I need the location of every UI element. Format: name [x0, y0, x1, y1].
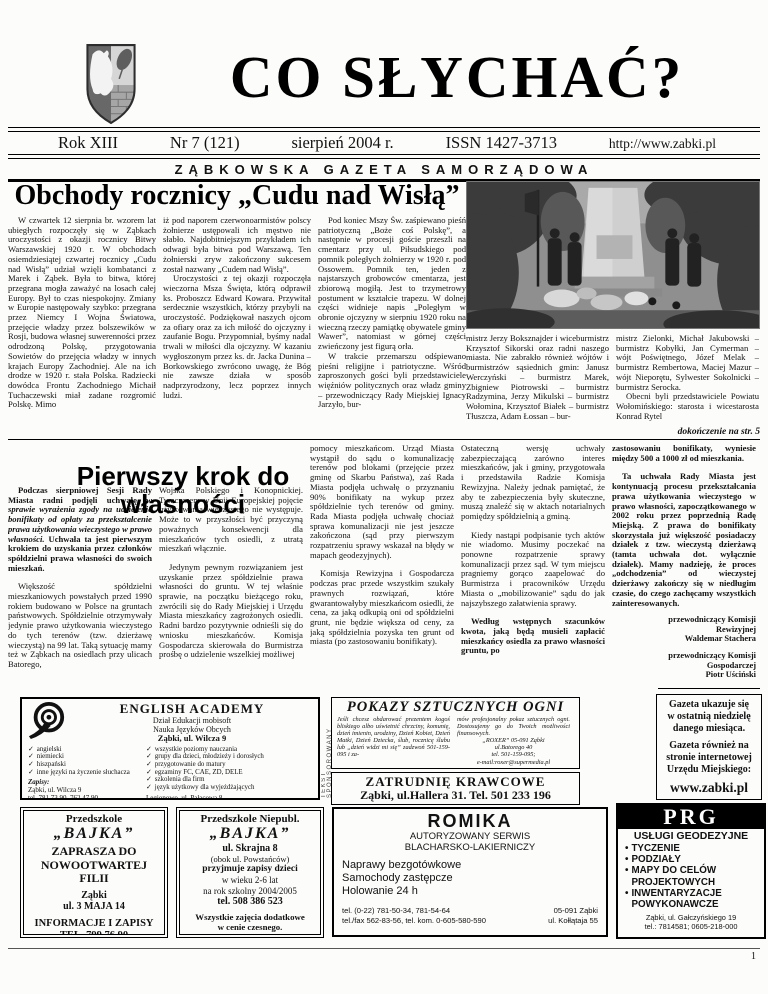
prg-name-banner: PRG — [618, 805, 764, 829]
check-icon: ✓ — [28, 753, 34, 761]
list-item: ✓hiszpański — [28, 761, 140, 769]
issn-label: ISSN 1427-3713 — [446, 133, 557, 153]
list-item: ✓język użytkowy dla wyjeżdżających — [146, 784, 312, 792]
prg-services-title: USŁUGI GEODEZYJNE — [618, 830, 764, 843]
fireworks-text: mów profesjonalny pokaz sztucznych ogni.… — [457, 716, 570, 737]
ceremony-monument-photo — [466, 181, 760, 329]
article-paragraph: Uroczystości z tej okazji rozpoczęła wie… — [163, 274, 311, 400]
list-item: ✓niemiecki — [28, 753, 140, 761]
article-paragraph: W trakcie przemarszu odśpiewano pieśni r… — [318, 352, 466, 410]
list-item-label: angielski — [37, 746, 62, 754]
romika-subtitle: AUTORYZOWANY SERWIS BLACHARSKO-LAKIERNIC… — [342, 831, 598, 853]
check-icon: ✓ — [146, 753, 152, 761]
article1-column-2: iż pod naporem czerwonoarmistów polscy ż… — [163, 216, 311, 438]
english-academy-lists: ✓angielski ✓niemiecki ✓hiszpański ✓inne … — [28, 746, 312, 801]
list-item-label: egzaminy FC, CAE, ZD, DELE — [155, 769, 243, 777]
article1-columns: W czwartek 12 sierpnia br. wzorem lat ub… — [8, 216, 466, 438]
prg-services-list: •TYCZENIE •PODZIAŁY •MAPY DO CELÓW PROJE… — [618, 843, 764, 910]
list-item-label: INWENTARYZACJE POWYKONAWCZE — [631, 888, 721, 910]
seamstress-job-title: ZATRUDNIĘ KRAWCOWE — [332, 775, 579, 789]
article-paragraph: Obecni byli przedstawiciele Powiatu Woło… — [616, 392, 759, 421]
article-paragraph: iż pod naporem czerwonoarmistów polscy ż… — [163, 216, 311, 274]
ad-prg-geodesy: PRG USŁUGI GEODEZYJNE •TYCZENIE •PODZIAŁ… — [616, 803, 766, 939]
romika-services: Naprawy bezgotówkowe Samochody zastępcze… — [342, 859, 598, 898]
bullet-icon: • — [625, 854, 628, 865]
bullet-icon: • — [625, 888, 628, 910]
list-item-label: PODZIAŁY — [631, 854, 681, 865]
ad-english-academy: ENGLISH ACADEMY Dział Edukacji mobisoft … — [20, 697, 320, 800]
bajka1-name: „BAJKA” — [24, 825, 164, 843]
english-academy-offer-list: ✓wszystkie poziomy nauczania ✓grupy dla … — [146, 746, 312, 801]
list-item: ✓wszystkie poziomy nauczania — [146, 746, 312, 754]
romika-postcode: 05-091 Ząbki — [554, 906, 598, 916]
list-item-label: język użytkowy dla wyjeżdżających — [155, 784, 255, 792]
english-academy-address: Ząbki, ul. Wilcza 9 — [72, 734, 312, 744]
list-item: ✓egzaminy FC, CAE, ZD, DELE — [146, 769, 312, 777]
list-item: ✓przygotowanie do matury — [146, 761, 312, 769]
bajka1-contact: INFORMACJE I ZAPISY TEL. 799 76 90 — [24, 918, 164, 939]
article-anniversary: Obchody rocznicy „Cudu nad Wisłą” W czwa… — [8, 181, 760, 438]
bajka2-address: ul. Skrajna 8 — [180, 843, 320, 854]
website-url: http://www.zabki.pl — [609, 136, 716, 152]
article-paragraph: Jedynym pewnym rozwiązaniem jest uzyskan… — [159, 563, 303, 660]
section-divider-rule — [8, 439, 760, 440]
prg-phone: tel.: 7814581; 0605-218-000 — [618, 922, 764, 931]
list-item-label: inne języki na życzenie słuchacza — [37, 769, 130, 777]
list-item-label: MAPY DO CELÓW PROJEKTOWYCH — [631, 865, 716, 887]
bullet-icon: • — [625, 843, 628, 854]
list-item: •PODZIAŁY — [625, 854, 764, 865]
list-item: •MAPY DO CELÓW PROJEKTOWYCH — [625, 865, 764, 887]
list-item-label: niemiecki — [37, 753, 64, 761]
gazeta-info-box: Gazeta ukazuje się w ostatnią niedzielę … — [656, 694, 762, 800]
bajka2-title: Przedszkole Niepubl. — [180, 813, 320, 825]
ad-fireworks: POKAZY SZTUCZNYCH OGNI Jeśli chcesz obda… — [331, 697, 580, 769]
bajka2-footer: Wszystkie zajęcia dodatkowe w cenie czes… — [180, 912, 320, 932]
article1-column-4: mistrz Jerzy Boksznajder i wiceburmistrz… — [466, 334, 609, 424]
article1-right-block: mistrz Jerzy Boksznajder i wiceburmistrz… — [466, 181, 760, 438]
article-ownership: Pierwszy krok do własności Podczas sierp… — [8, 444, 760, 697]
check-icon: ✓ — [28, 761, 34, 769]
issue-info-row: Rok XIII Nr 7 (121) sierpień 2004 r. ISS… — [8, 132, 760, 154]
article2-column-4: Ostateczną wersję uchwały zabezpieczając… — [461, 444, 605, 697]
check-icon: ✓ — [28, 746, 34, 754]
list-item: ✓szkolenia dla firm — [146, 776, 312, 784]
article1-column-1: W czwartek 12 sierpnia br. wzorem lat ub… — [8, 216, 156, 438]
bajka1-title: Przedszkole — [24, 813, 164, 825]
issue-date-label: sierpień 2004 r. — [291, 133, 393, 153]
check-icon: ✓ — [146, 761, 152, 769]
article1-column-5: mistrz Zielonki, Michał Jakubowski – bur… — [616, 334, 759, 424]
list-item: •INWENTARYZACJE POWYKONAWCZE — [625, 888, 764, 910]
english-academy-dept: Dział Edukacji mobisoft — [72, 716, 312, 725]
english-academy-title-block: ENGLISH ACADEMY Dział Edukacji mobisoft … — [72, 702, 312, 744]
fireworks-title: POKAZY SZTUCZNYCH OGNI — [337, 699, 574, 715]
check-icon: ✓ — [28, 769, 34, 777]
article-paragraph: Większość spółdzielni mieszkaniowych pow… — [8, 582, 152, 669]
english-academy-logo-icon — [28, 702, 66, 740]
article-paragraph: Kiedy nastąpi podpisanie tych aktów nie … — [461, 531, 605, 609]
article1-columns-below-photo: mistrz Jerzy Boksznajder i wiceburmistrz… — [466, 334, 760, 424]
list-item: ✓angielski — [28, 746, 140, 754]
english-academy-enrollment: Zapisy: Ząbki, ul. Wilcza 9 tel. 781 73 … — [28, 779, 140, 800]
article1-left-block: Obchody rocznicy „Cudu nad Wisłą” W czwa… — [8, 181, 466, 438]
seamstress-job-contact: Ząbki, ul.Hallera 31. Tel. 501 233 196 — [332, 789, 579, 802]
bajka1-invitation: ZAPRASZA DO NOWOOTWARTEJ FILII — [24, 845, 164, 886]
list-item-label: wszystkie poziomy nauczania — [155, 746, 237, 754]
newspaper-title: CO SŁYCHAĆ? — [150, 46, 764, 108]
zabki-coat-of-arms-icon — [84, 42, 138, 126]
list-item-label: hiszpański — [37, 761, 66, 769]
gazeta-box-rule — [658, 688, 760, 689]
article1-column-3: Pod koniec Mszy Św. zaśpiewano pieśń pat… — [318, 216, 466, 438]
check-icon: ✓ — [146, 746, 152, 754]
list-item-label: grupy dla dzieci, młodzieży i dorosłych — [155, 753, 264, 761]
ad-kindergarten-bajka-main: Przedszkole Niepubl. „BAJKA” ul. Skrajna… — [176, 807, 324, 938]
article-paragraph: W czwartek 12 sierpnia br. wzorem lat ub… — [8, 216, 156, 410]
romika-contact: tel. (0-22) 781-50-34, 781-54-64 05-091 … — [342, 906, 598, 926]
gazeta-website-url: www.zabki.pl — [657, 780, 761, 796]
gazeta-schedule-note: Gazeta ukazuje się w ostatnią niedzielę … — [657, 699, 761, 735]
fireworks-column-1: Jeśli chcesz obdarować prezentem kogoś b… — [337, 716, 450, 766]
article-paragraph: zastosowaniu bonifikaty, wyniesie między… — [612, 444, 756, 463]
article-paragraph: Ostateczną wersję uchwały zabezpieczając… — [461, 444, 605, 522]
bullet-icon: • — [625, 865, 628, 887]
list-item: ✓grupy dla dzieci, młodzieży i dorosłych — [146, 753, 312, 761]
enrollment-phone: tel. 781 73 90, 762 47 90 — [28, 795, 140, 800]
article-paragraph: Według wstępnych szacunków kwota, jaką b… — [461, 617, 605, 656]
gazeta-online-note: Gazeta również na stronie internetowej U… — [657, 740, 761, 776]
page-number: 1 — [751, 951, 756, 962]
fireworks-column-2: mów profesjonalny pokaz sztucznych ogni.… — [457, 716, 570, 766]
newspaper-front-page: CO SŁYCHAĆ? Rok XIII Nr 7 (121) sierpień… — [0, 0, 768, 994]
volume-label: Rok XIII — [58, 133, 118, 153]
article2-column-5: zastosowaniu bonifikaty, wyniesie między… — [612, 444, 756, 697]
romika-street: ul. Kołłątaja 55 — [548, 916, 598, 926]
list-item: •TYCZENIE — [625, 843, 764, 854]
bajka2-address-note: (obok ul. Powstańców) — [180, 854, 320, 864]
bajka2-year-line: na rok szkolny 2004/2005 — [180, 886, 320, 897]
romika-phone-2: tel./fax 562-83-56, tel. kom. 0-605-580-… — [342, 916, 486, 926]
article-paragraph: Komisja Rewizyjna i Gospodarcza podczas … — [310, 569, 454, 647]
article2-headline: Pierwszy krok do własności — [18, 462, 348, 518]
bajka1-address: Ząbki ul. 3 MAJA 14 — [24, 890, 164, 913]
article-paragraph: Pod koniec Mszy Św. zaśpiewano pieśń pat… — [318, 216, 466, 352]
issue-number-label: Nr 7 (121) — [170, 133, 240, 153]
list-item-label: przygotowanie do matury — [155, 761, 226, 769]
check-icon: ✓ — [146, 784, 152, 792]
signature-economic-committee: przewodniczący Komisji Gospodarczej Piot… — [612, 651, 756, 680]
article-paragraph: mistrz Zielonki, Michał Jakubowski – bur… — [616, 334, 759, 392]
article1-headline: Obchody rocznicy „Cudu nad Wisłą” — [8, 181, 466, 211]
fireworks-body: Jeśli chcesz obdarować prezentem kogoś b… — [337, 716, 574, 766]
english-academy-languages-list: ✓angielski ✓niemiecki ✓hiszpański ✓inne … — [28, 746, 140, 801]
english-academy-name: ENGLISH ACADEMY — [72, 702, 312, 716]
english-academy-branch: Legionowo, ul. Pałacowa 8, blok 508, tel… — [146, 795, 312, 800]
article-paragraph: Ta uchwała Rady Miasta jest kontynuacją … — [612, 472, 756, 608]
romika-phone-1: tel. (0-22) 781-50-34, 781-54-64 — [342, 906, 450, 916]
check-icon: ✓ — [146, 776, 152, 784]
fireworks-contact: „ROXER” 05-091 Ząbki ul.Batorego 40 tel.… — [457, 737, 570, 765]
bajka2-name: „BAJKA” — [180, 825, 320, 843]
check-icon: ✓ — [146, 769, 152, 777]
newspaper-subtitle: ZĄBKOWSKA GAZETA SAMORZĄDOWA — [8, 159, 760, 179]
ad-romika-car-service: ROMIKA AUTORYZOWANY SERWIS BLACHARSKO-LA… — [332, 807, 608, 937]
bajka2-phone: tel. 508 386 523 — [180, 896, 320, 908]
ad-seamstress-job: ZATRUDNIĘ KRAWCOWE Ząbki, ul.Hallera 31.… — [331, 772, 580, 805]
romika-name: ROMIKA — [342, 812, 598, 831]
english-academy-header: ENGLISH ACADEMY Dział Edukacji mobisoft … — [28, 702, 312, 744]
list-item-label: TYCZENIE — [631, 843, 679, 854]
list-item: ✓inne języki na życzenie słuchacza — [28, 769, 140, 777]
article-paragraph: mistrz Jerzy Boksznajder i wiceburmistrz… — [466, 334, 609, 421]
prg-address: Ząbki, ul. Gałczyńskiego 19 — [618, 913, 764, 922]
footer-rule — [8, 948, 760, 949]
bajka2-enrollment-line: przyjmuje zapisy dzieci — [180, 864, 320, 875]
bajka2-age-line: w wieku 2-6 lat — [180, 875, 320, 886]
list-item-label: szkolenia dla firm — [155, 776, 205, 784]
continued-on-page-note: dokończenie na str. 5 — [466, 427, 760, 437]
signature-revision-committee: przewodniczący Komisji Rewizyjnej Waldem… — [612, 615, 756, 644]
ad-kindergarten-bajka-branch: Przedszkole „BAJKA” ZAPRASZA DO NOWOOTWA… — [20, 807, 168, 938]
masthead-info-block: Rok XIII Nr 7 (121) sierpień 2004 r. ISS… — [8, 127, 760, 182]
